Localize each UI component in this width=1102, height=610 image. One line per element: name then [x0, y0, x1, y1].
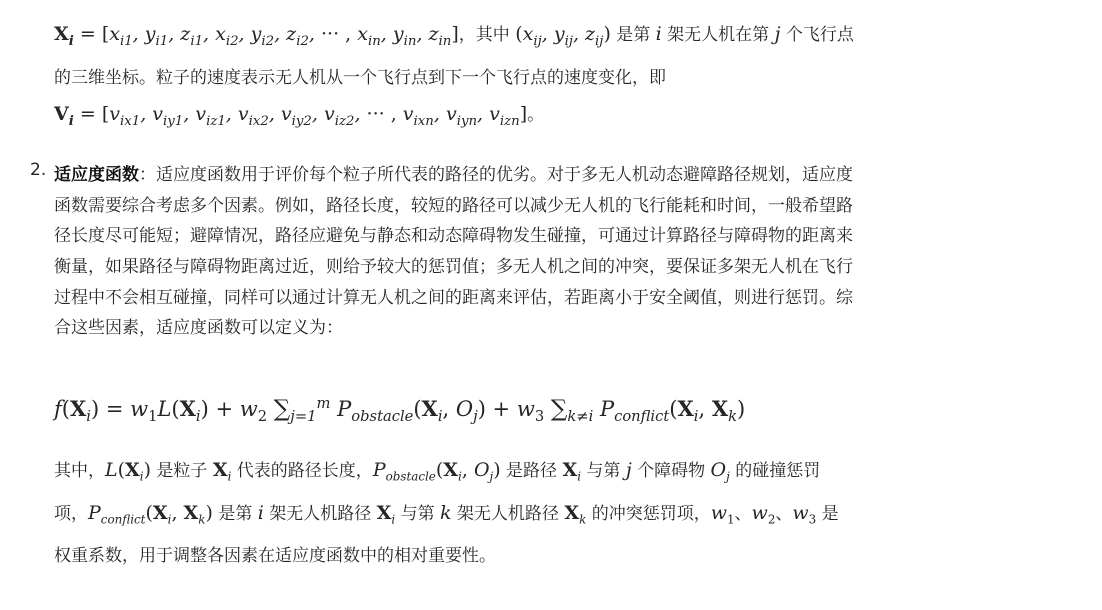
text: 的碰撞惩罚 [730, 461, 820, 481]
paragraph-line: 过程中不会相互碰撞，同样可以通过计算无人机之间的距离来评估，若距离小于安全阈值，… [54, 283, 853, 308]
text: 个飞行点 [780, 25, 853, 45]
paragraph-line: 适应度函数：适应度函数用于评价每个粒子所代表的路径的优劣。对于多无人机动态避障路… [54, 160, 853, 185]
text: 架无人机在第 [662, 25, 775, 45]
text: 是粒子 [151, 461, 213, 481]
text: 代表的路径长度， [231, 461, 372, 481]
text: 架无人机路径 [264, 504, 377, 524]
text: 是路径 [501, 461, 563, 481]
term-title: 适应度函数 [54, 165, 139, 185]
list-number: 2. [30, 160, 46, 180]
text: 其中， [54, 461, 105, 481]
explanation-line: 其中，L(Xi) 是粒子 Xi 代表的路径长度，Pobstacle(Xi, Oj… [54, 456, 820, 481]
text: ：适应度函数用于评价每个粒子所代表的路径的优劣。对于多无人机动态避障路径规划，适… [139, 165, 853, 185]
explanation-line: 项，Pconflict(Xi, Xk) 是第 i 架无人机路径 Xi 与第 k … [54, 499, 839, 524]
text: 、 [775, 504, 792, 524]
paragraph-line: 函数需要综合考虑多个因素。例如，路径长度，较短的路径可以减少无人机的飞行能耗和时… [54, 191, 853, 216]
text: 与第 [581, 461, 626, 481]
text: 架无人机路径 [452, 504, 565, 524]
position-vector-line: Xi = [xi1, yi1, zi1, xi2, yi2, zi2, ··· … [54, 20, 854, 45]
paragraph-line: 衡量，如果路径与障碍物距离过近，则给予较大的惩罚值；多无人机之间的冲突，要保证多… [54, 252, 853, 277]
explanation-line: 权重系数，用于调整各因素在适应度函数中的相对重要性。 [54, 541, 496, 566]
text: 。 [527, 105, 544, 125]
text: 项， [54, 504, 88, 524]
text: 是第 [213, 504, 258, 524]
velocity-vector-line: Vi = [vix1, viy1, viz1, vix2, viy2, viz2… [54, 100, 544, 125]
paragraph-line: 径长度尽可能短；避障情况，路径应避免与静态和动态障碍物发生碰撞，可通过计算路径与… [54, 221, 853, 246]
paragraph-line: 的三维坐标。粒子的速度表示无人机从一个飞行点到下一个飞行点的速度变化，即 [54, 63, 666, 88]
text: ，其中 [459, 25, 515, 45]
text: 是第 [611, 25, 656, 45]
fitness-formula: f(Xi) = w1L(Xi) + w2 ∑j=1m Pobstacle(Xi,… [54, 396, 745, 422]
math-x-i: Xi [54, 23, 74, 45]
text: 个障碍物 [632, 461, 711, 481]
text: 是 [816, 504, 838, 524]
text: 的冲突惩罚项， [586, 504, 710, 524]
paragraph-line: 合这些因素，适应度函数可以定义为： [54, 313, 343, 338]
text: 、 [735, 504, 752, 524]
text: 与第 [395, 504, 440, 524]
